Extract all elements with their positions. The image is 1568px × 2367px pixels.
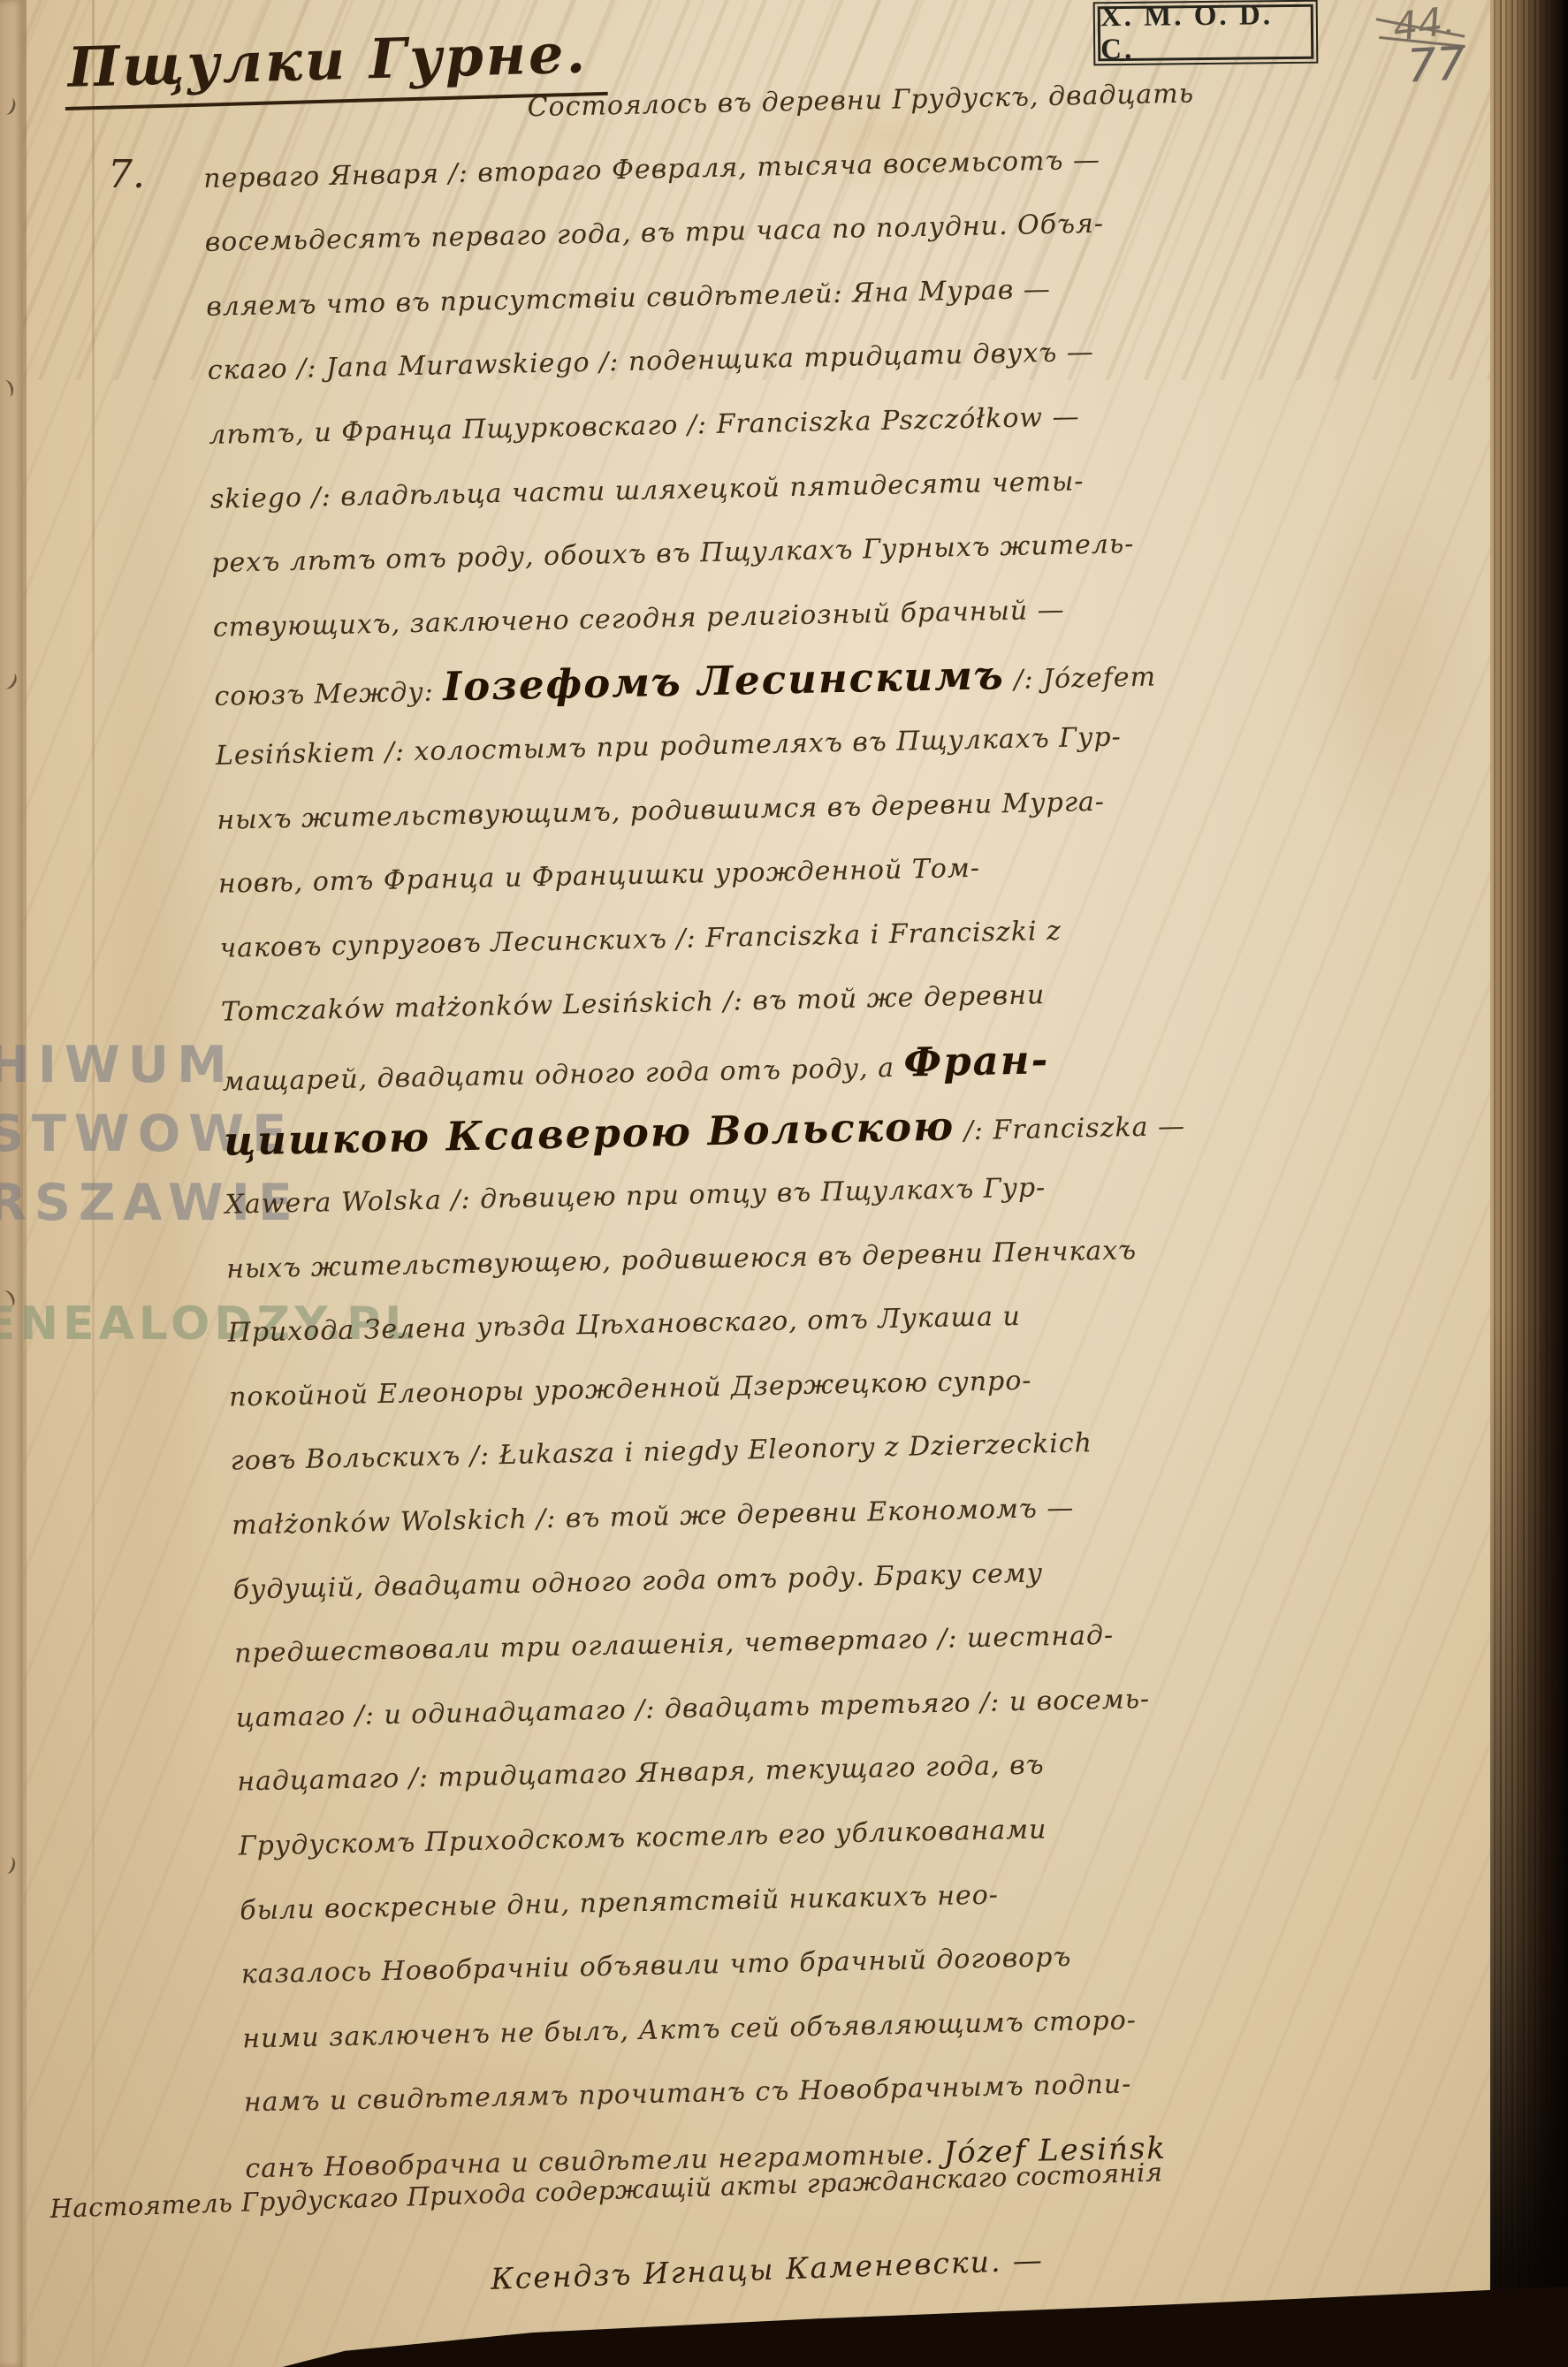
record-text: ними заключенъ не былъ, Актъ сей объявля… xyxy=(242,2005,1137,2054)
record-text: казалось Новобрачніи объявили что брачны… xyxy=(240,1942,1071,1990)
record-text: восемьдесятъ перваго года, въ три часа п… xyxy=(204,209,1104,258)
record-text: /: Józefem xyxy=(1004,662,1156,696)
opposite-page-ink-fragment xyxy=(0,378,15,399)
record-text: надцатаго /: тридцатаго Января, текущаго… xyxy=(237,1750,1045,1798)
opposite-page-ink-fragment xyxy=(0,1854,17,1875)
record-text: ныхъ жительствующею, родившеюся въ дерев… xyxy=(226,1235,1138,1285)
document-page: X. M. O. D. C. 44. 77 Пщулки Гурне. 7. H… xyxy=(0,0,1568,2367)
record-text: вляемъ что въ присутствіи свидѣтелей: Ян… xyxy=(206,274,1051,323)
record-text: ствующихъ, заключено сегодня религіозный… xyxy=(213,594,1066,643)
record-text: Состоялось въ деревни Грудускъ, двадцать xyxy=(527,78,1194,123)
emphasized-name: цишкою Ксаверою Вольскою xyxy=(224,1102,955,1164)
opposite-page-edge xyxy=(0,0,23,2367)
emphasized-name: Фран- xyxy=(903,1036,1050,1085)
record-text: говъ Вольскихъ /: Łukasza i niegdy Eleon… xyxy=(230,1428,1092,1477)
record-text: будущій, двадцати одного года отъ роду. … xyxy=(232,1557,1043,1605)
opposite-page-ink-fragment xyxy=(0,670,19,692)
record-text: Lesińskiem /: холостымъ при родителяхъ в… xyxy=(216,721,1123,771)
record-text: лѣтъ, и Франца Пщурковскаго /: Franciszk… xyxy=(209,401,1080,451)
record-text: новѣ, отъ Франца и Францишки урожденной … xyxy=(218,853,981,900)
record-text: покойной Елеоноры урожденной Дзержецкою … xyxy=(229,1366,1032,1413)
page-fold-crease xyxy=(23,0,27,2367)
archive-stamp: X. M. O. D. C. xyxy=(1098,4,1314,62)
record-text: ныхъ жительствующимъ, родившимся въ дере… xyxy=(217,786,1105,835)
record-text: чаковъ супруговъ Лесинскихъ /: Franciszk… xyxy=(219,916,1062,964)
margin-record-number: 7. xyxy=(108,152,145,197)
opposite-page-ink-fragment xyxy=(0,95,18,117)
record-text: Tomczaków małżonków Lesińskich /: въ той… xyxy=(221,980,1046,1029)
record-text: предшествовали три оглашенія, четвертаго… xyxy=(234,1620,1115,1670)
page-fold-crease xyxy=(92,0,95,2367)
record-text: цатаго /: и одинадцатаго /: двадцать тре… xyxy=(235,1684,1150,1734)
record-text: перваго Января /: втораго Февраля, тысяч… xyxy=(203,144,1100,194)
record-text: Xawera Wolska /: дѣвицею при отцу въ Пщу… xyxy=(225,1172,1046,1220)
record-lines: Состоялось въ деревни Грудускъ, двадцать… xyxy=(202,57,1527,2200)
record-text: мащарей, двадцати одного года отъ роду, … xyxy=(222,1053,904,1098)
record-text: намъ и свидѣтелямъ прочитанъ съ Новобрач… xyxy=(244,2069,1132,2119)
record-text: /: Franciszka — xyxy=(955,1110,1186,1145)
record-text: Грудускомъ Приходскомъ костелѣ его ублик… xyxy=(238,1814,1047,1861)
priest-signature: Ксендзъ Игнацы Каменевски. — xyxy=(491,2242,1045,2296)
archive-stamp-text: X. M. O. D. C. xyxy=(1100,0,1312,66)
record-text: были воскресные дни, препятствій никаких… xyxy=(240,1879,999,1926)
archive-watermark-line: HIWUM xyxy=(0,1036,235,1094)
record-text: małżonków Wolskich /: въ той же деревни … xyxy=(232,1493,1075,1541)
record-text: skiego /: владѣльца части шляхецкой пяти… xyxy=(209,466,1084,515)
record-text: рехъ лѣтъ отъ роду, обоихъ въ Пщулкахъ Г… xyxy=(211,529,1135,579)
emphasized-name: Іозефомъ Лесинскимъ xyxy=(443,651,1006,710)
paper-stain xyxy=(80,265,221,1945)
record-text: союзъ Между: xyxy=(214,677,443,712)
record-text: Прихода Зелена уѣзда Цѣхановскаго, отъ Л… xyxy=(227,1301,1021,1349)
opposite-page-ink-fragment xyxy=(0,1289,18,1310)
record-text: скаго /: Jana Murawskiego /: поденщика т… xyxy=(207,337,1094,386)
